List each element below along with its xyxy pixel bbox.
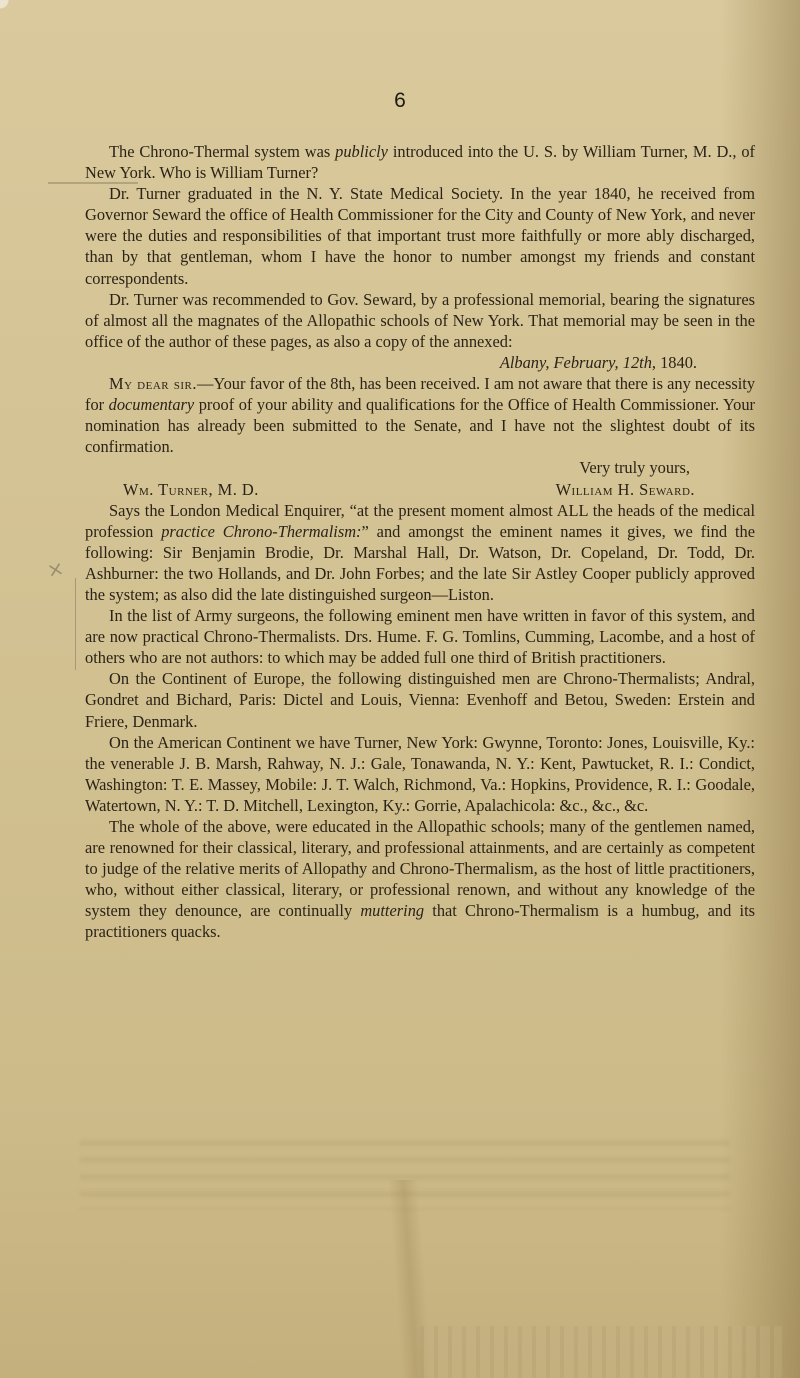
body-text: The Chrono-Thermal system was publicly i… bbox=[85, 141, 755, 943]
letter-salutation: My dear sir. bbox=[109, 374, 197, 393]
signatory-name: William H. Seward. bbox=[556, 479, 695, 500]
pencil-margin-line bbox=[75, 578, 76, 670]
pencil-x-mark: × bbox=[45, 556, 66, 583]
italic-emphasis: muttering bbox=[360, 901, 424, 920]
italic-emphasis: publicly bbox=[335, 142, 388, 161]
dateline-day: 12th, bbox=[623, 353, 656, 372]
paragraph-europe: On the Continent of Europe, the followin… bbox=[85, 668, 755, 731]
torn-corner bbox=[0, 0, 16, 16]
paragraph-memorial: Dr. Turner was recommended to Gov. Sewar… bbox=[85, 289, 755, 352]
scanned-book-page: × 6 The Chrono-Thermal system was public… bbox=[0, 0, 800, 1378]
letter-body: My dear sir.—Your favor of the 8th, has … bbox=[85, 373, 755, 457]
italic-emphasis: documentary bbox=[109, 395, 195, 414]
paragraph-london-enquirer: Says the London Medical Enquirer, “at th… bbox=[85, 500, 755, 605]
letter-closing: Very truly yours, bbox=[85, 457, 755, 478]
letter-signatures: Wm. Turner, M. D. William H. Seward. bbox=[85, 479, 755, 500]
paragraph-america: On the American Continent we have Turner… bbox=[85, 732, 755, 816]
paragraph-introduction: The Chrono-Thermal system was publicly i… bbox=[85, 141, 755, 183]
addressee-name: Wm. Turner, M. D. bbox=[123, 479, 259, 500]
dateline-place: Albany, February, bbox=[500, 353, 619, 372]
paragraph-conclusion: The whole of the above, were educated in… bbox=[85, 816, 755, 943]
paragraph-army-surgeons: In the list of Army surgeons, the follow… bbox=[85, 605, 755, 668]
paragraph-turner-biography: Dr. Turner graduated in the N. Y. State … bbox=[85, 183, 755, 288]
dateline-year: 1840. bbox=[656, 353, 697, 372]
text-run: The Chrono-Thermal system was bbox=[109, 142, 335, 161]
page-number: 6 bbox=[0, 89, 800, 113]
letter-dateline: Albany, February, 12th, 1840. bbox=[85, 352, 755, 373]
faded-stamp-area bbox=[420, 1326, 782, 1378]
italic-emphasis: practice Chrono-Thermalism: bbox=[161, 522, 361, 541]
